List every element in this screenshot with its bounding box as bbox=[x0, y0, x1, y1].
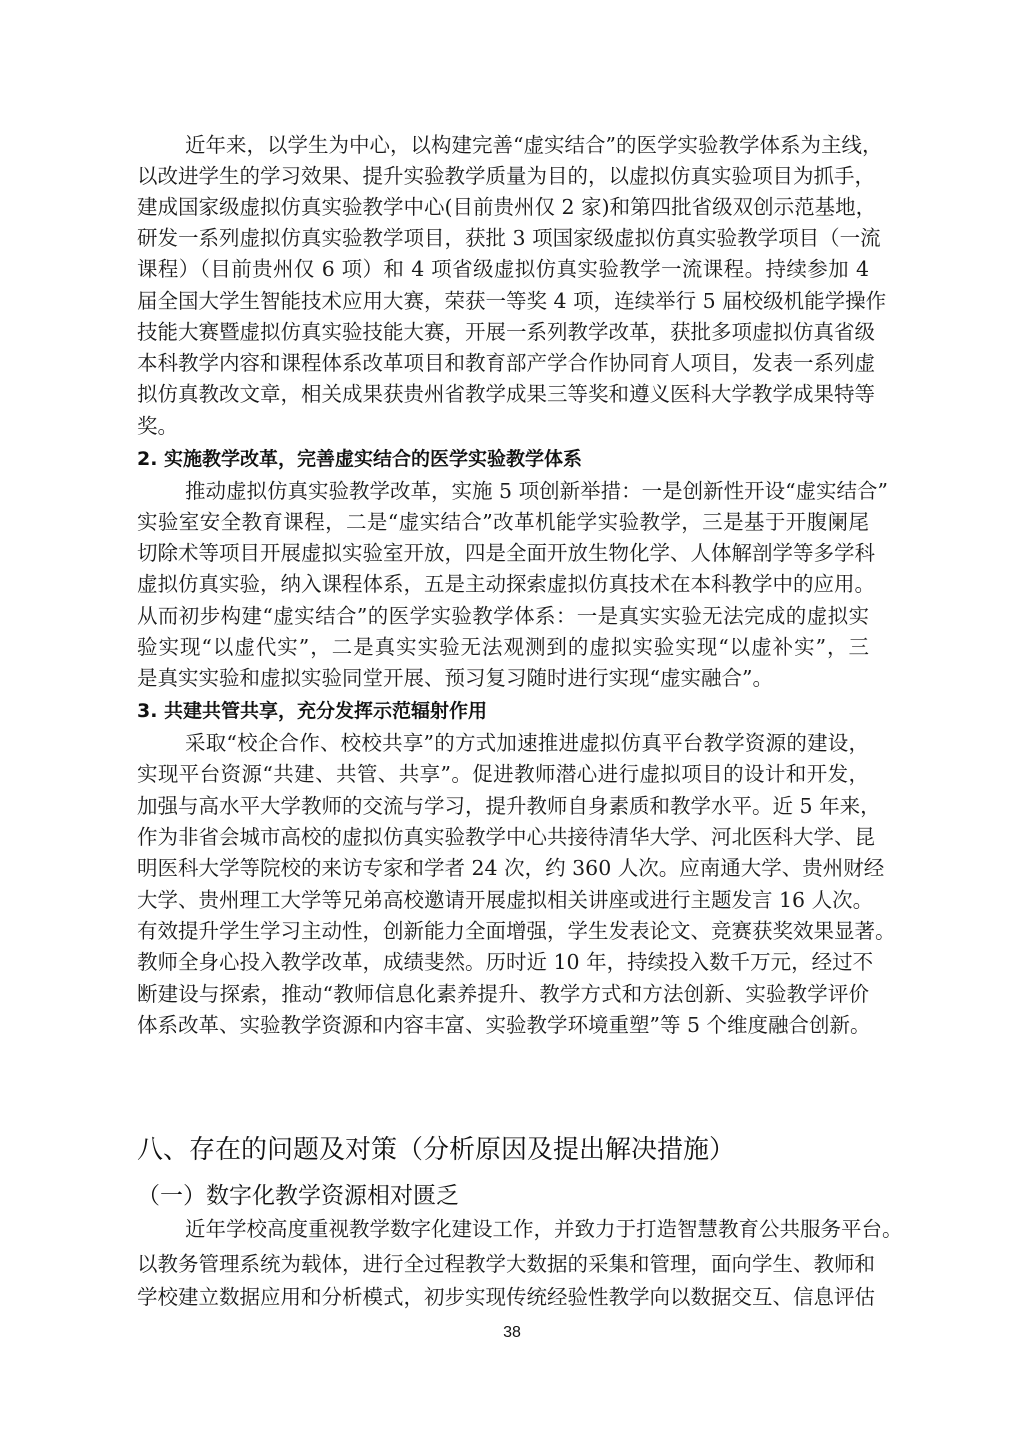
page-number: 38 bbox=[492, 1320, 532, 1346]
text-line: 明医科大学等院校的来访专家和学者 24 次，约 360 人次。应南通大学、贵州财… bbox=[137, 853, 869, 884]
text-line: 课程）（目前贵州仅 6 项）和 4 项省级虚拟仿真实验教学一流课程。持续参加 4 bbox=[137, 254, 869, 285]
text-line: 有效提升学生学习主动性，创新能力全面增强，学生发表论文、竞赛获奖效果显著。 bbox=[137, 916, 869, 947]
text-line: 近年学校高度重视教学数字化建设工作，并致力于打造智慧教育公共服务平台。 bbox=[185, 1214, 869, 1245]
text-line: 验实现“以虚代实”，二是真实实验无法观测到的虚拟实验实现“以虚补实”，三 bbox=[137, 632, 869, 663]
text-line: 采取“校企合作、校校共享”的方式加速推进虚拟仿真平台教学资源的建设， bbox=[185, 728, 869, 759]
subsection-heading: （一）数字化教学资源相对匮乏 bbox=[137, 1178, 459, 1214]
text-line: 近年来，以学生为中心，以构建完善“虚实结合”的医学实验教学体系为主线， bbox=[185, 130, 869, 161]
text-line: 技能大赛暨虚拟仿真实验技能大赛，开展一系列教学改革，获批多项虚拟仿真省级 bbox=[137, 317, 869, 348]
text-line: 大学、贵州理工大学等兄弟高校邀请开展虚拟相关讲座或进行主题发言 16 人次。 bbox=[137, 885, 869, 916]
text-line: 以教务管理系统为载体，进行全过程教学大数据的采集和管理，面向学生、教师和 bbox=[137, 1249, 869, 1280]
text-line: 加强与高水平大学教师的交流与学习，提升教师自身素质和教学水平。近 5 年来， bbox=[137, 791, 869, 822]
text-line: 是真实实验和虚拟实验同堂开展、预习复习随时进行实现“虚实融合”。 bbox=[137, 663, 869, 694]
text-line: 学校建立数据应用和分析模式，初步实现传统经验性教学向以数据交互、信息评估 bbox=[137, 1282, 869, 1313]
text-line: 作为非省会城市高校的虚拟仿真实验教学中心共接待清华大学、河北医科大学、昆 bbox=[137, 822, 869, 853]
text-line: 研发一系列虚拟仿真实验教学项目，获批 3 项国家级虚拟仿真实验教学项目（一流 bbox=[137, 223, 869, 254]
text-line: 虚拟仿真实验，纳入课程体系，五是主动探索虚拟仿真技术在本科教学中的应用。 bbox=[137, 569, 869, 600]
text-line: 拟仿真教改文章，相关成果获贵州省教学成果三等奖和遵义医科大学教学成果特等 bbox=[137, 379, 869, 410]
document-page: 近年来，以学生为中心，以构建完善“虚实结合”的医学实验教学体系为主线， 以改进学… bbox=[0, 0, 1024, 1448]
text-line: 切除术等项目开展虚拟实验室开放，四是全面开放生物化学、人体解剖学等多学科 bbox=[137, 538, 869, 569]
text-line: 奖。 bbox=[137, 411, 869, 442]
text-line: 建成国家级虚拟仿真实验教学中心(目前贵州仅 2 家)和第四批省级双创示范基地， bbox=[137, 192, 869, 223]
text-line: 届全国大学生智能技术应用大赛，荣获一等奖 4 项，连续举行 5 届校级机能学操作 bbox=[137, 286, 869, 317]
text-line: 断建设与探索，推动“教师信息化素养提升、教学方式和方法创新、实验教学评价 bbox=[137, 979, 869, 1010]
text-line: 体系改革、实验教学资源和内容丰富、实验教学环境重塑”等 5 个维度融合创新。 bbox=[137, 1010, 869, 1041]
text-line: 实验室安全教育课程，二是“虚实结合”改革机能学实验教学，三是基于开腹阑尾 bbox=[137, 507, 869, 538]
text-line: 本科教学内容和课程体系改革项目和教育部产学合作协同育人项目，发表一系列虚 bbox=[137, 348, 869, 379]
section-heading-2: 2. 实施教学改革，完善虚实结合的医学实验教学体系 bbox=[137, 444, 582, 474]
text-line: 推动虚拟仿真实验教学改革，实施 5 项创新举措：一是创新性开设“虚实结合” bbox=[185, 476, 869, 507]
section-heading-3: 3. 共建共管共享，充分发挥示范辐射作用 bbox=[137, 696, 487, 726]
text-line: 实现平台资源“共建、共管、共享”。促进教师潜心进行虚拟项目的设计和开发， bbox=[137, 759, 869, 790]
text-line: 以改进学生的学习效果、提升实验教学质量为目的，以虚拟仿真实验项目为抓手， bbox=[137, 161, 869, 192]
text-line: 教师全身心投入教学改革，成绩斐然。历时近 10 年，持续投入数千万元，经过不 bbox=[137, 947, 869, 978]
chapter-heading: 八、存在的问题及对策（分析原因及提出解决措施） bbox=[137, 1130, 735, 1170]
text-line: 从而初步构建“虚实结合”的医学实验教学体系：一是真实实验无法完成的虚拟实 bbox=[137, 601, 869, 632]
